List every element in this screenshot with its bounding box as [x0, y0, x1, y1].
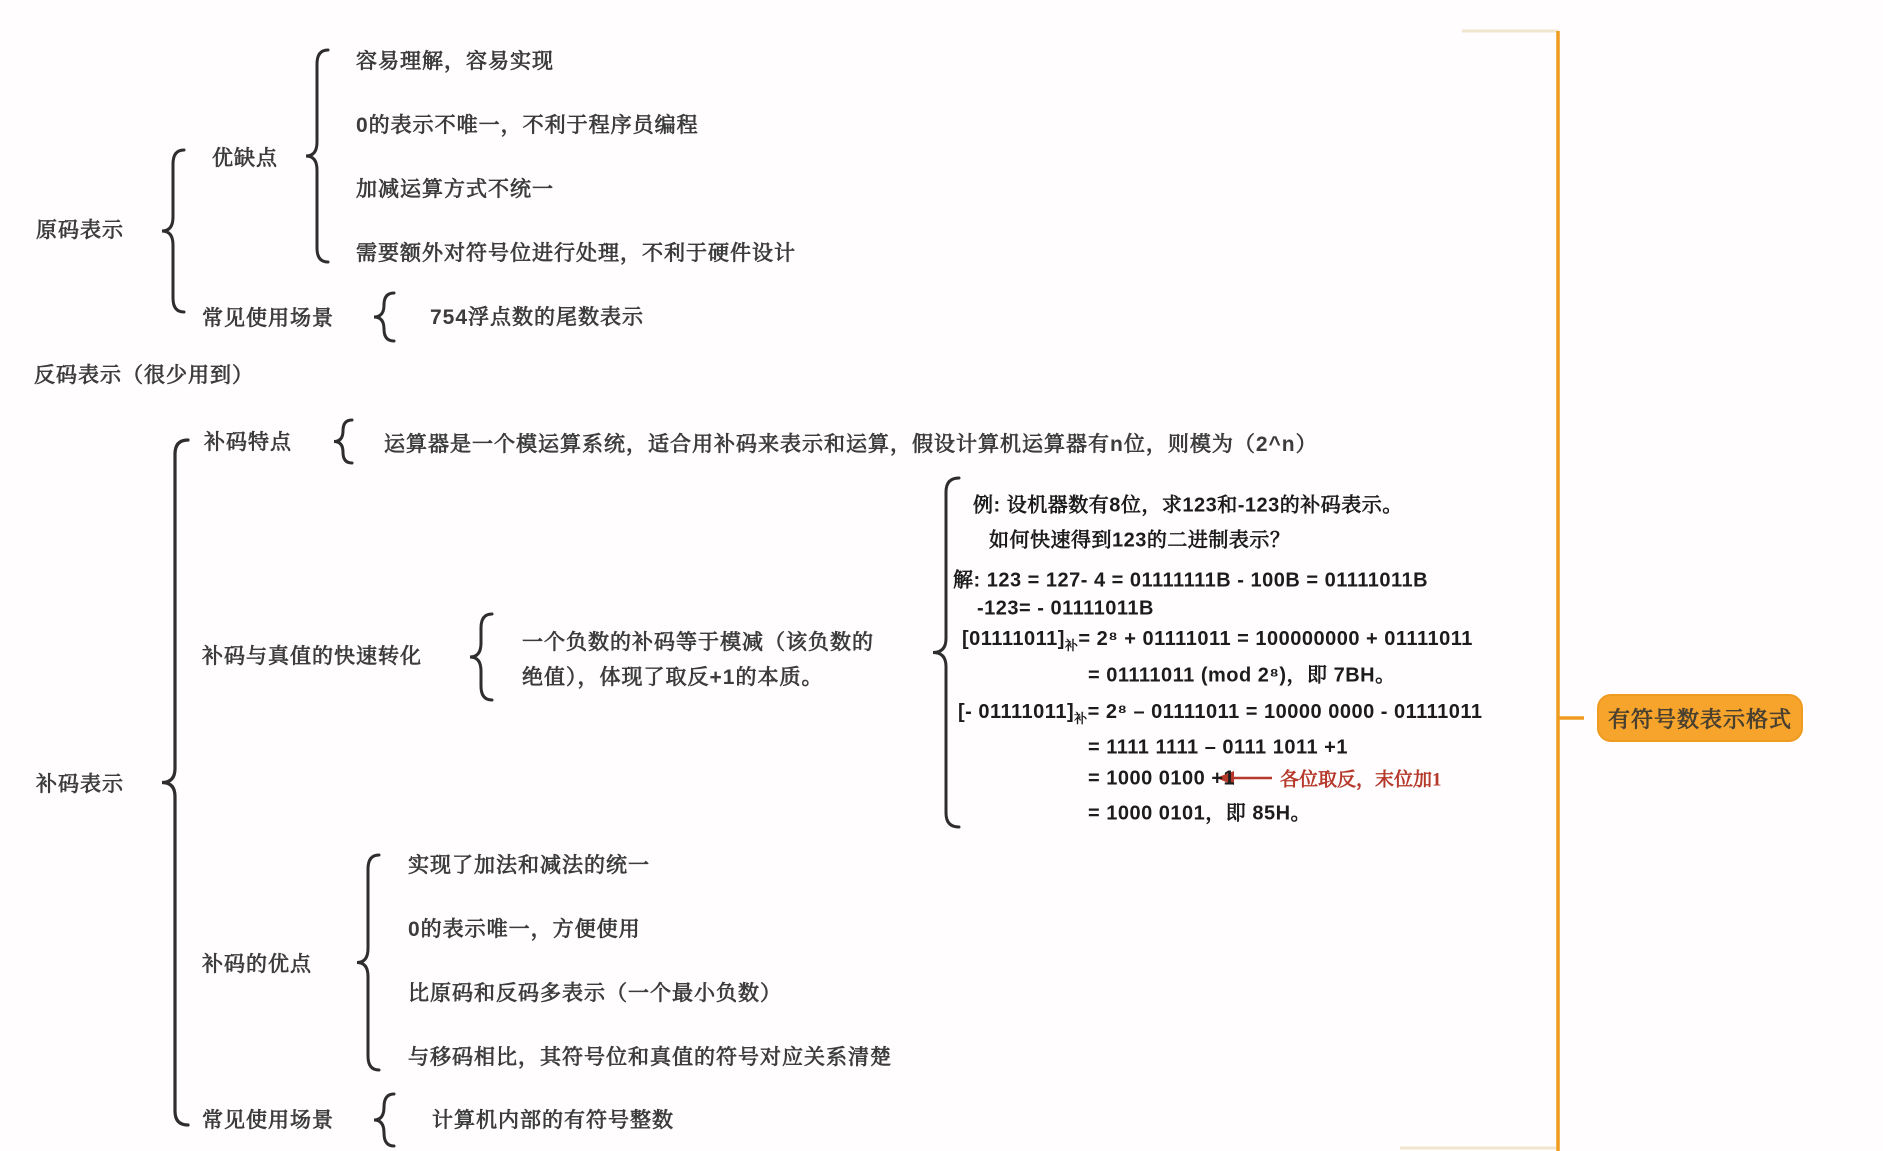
- brace-example: [933, 478, 959, 827]
- root-node-signed-number-format[interactable]: 有符号数表示格式: [1597, 694, 1803, 742]
- example-line: [- 01111011]补= 2⁸ – 01111011 = 10000 000…: [958, 701, 1483, 727]
- node-tedian-label: 补码特点: [204, 426, 292, 456]
- node-youdian-label: 补码的优点: [202, 948, 312, 978]
- example-line: 例: 设机器数有8位，求123和-123的补码表示。: [973, 489, 1403, 518]
- example-line: 如何快速得到123的二进制表示？: [989, 524, 1290, 553]
- brace-changjian1: [374, 293, 394, 341]
- leaf-item: 754浮点数的尾数表示: [430, 301, 644, 331]
- brace-yuanma: [162, 150, 184, 312]
- node-changjian1-label: 常见使用场景: [202, 302, 334, 332]
- brace-youdian: [357, 855, 379, 1070]
- leaf-item: 容易理解，容易实现: [356, 45, 554, 75]
- example-line: 解: 123 = 127- 4 = 01111111B - 100B = 011…: [953, 564, 1428, 593]
- leaf-item: 绝值），体现了取反+1的本质。: [522, 661, 823, 691]
- example-line: = 01111011 (mod 2⁸)，即 7BH。: [1088, 659, 1396, 688]
- brace-buma: [162, 440, 188, 1125]
- node-youquedian-label: 优缺点: [212, 142, 278, 172]
- leaf-item: 与移码相比，其符号位和真值的符号对应关系清楚: [408, 1041, 892, 1071]
- node-changjian2-label: 常见使用场景: [202, 1104, 334, 1134]
- node-fanma-label: 反码表示（很少用到）: [34, 359, 254, 389]
- brace-zhuanhua: [470, 614, 492, 700]
- connector-layer: [0, 0, 1883, 1151]
- leaf-item: 比原码和反码多表示（一个最小负数）: [408, 977, 782, 1007]
- leaf-item: 0的表示不唯一，不利于程序员编程: [356, 109, 699, 139]
- node-buma-label: 补码表示: [36, 768, 124, 798]
- leaf-item: 0的表示唯一，方便使用: [408, 913, 641, 943]
- mindmap-canvas: 原码表示 优缺点 容易理解，容易实现 0的表示不唯一，不利于程序员编程 加减运算…: [0, 0, 1883, 1151]
- node-yuanma-label: 原码表示: [36, 214, 124, 244]
- brace-youquedian: [306, 50, 328, 262]
- example-line: [01111011]补= 2⁸ + 01111011 = 100000000 +…: [962, 628, 1473, 654]
- leaf-item: 一个负数的补码等于模减（该负数的: [522, 626, 874, 656]
- root-node-label: 有符号数表示格式: [1608, 703, 1792, 734]
- node-zhuanhua-label: 补码与真值的快速转化: [202, 640, 422, 670]
- example-line: -123= - 01111011B: [977, 598, 1154, 621]
- example-line: = 1111 1111 – 0111 1011 +1: [1088, 737, 1348, 760]
- example-line: = 1000 0100 +1: [1088, 768, 1235, 791]
- leaf-item: 计算机内部的有符号整数: [432, 1104, 674, 1134]
- leaf-item: 加减运算方式不统一: [356, 173, 554, 203]
- brace-changjian2: [374, 1094, 394, 1146]
- leaf-item: 需要额外对符号位进行处理，不利于硬件设计: [356, 237, 796, 267]
- leaf-item: 实现了加法和减法的统一: [408, 849, 650, 879]
- invert-add-one-note: 各位取反，末位加1: [1280, 765, 1442, 792]
- example-line: = 1000 0101，即 85H。: [1088, 797, 1311, 826]
- brace-tedian: [334, 420, 352, 463]
- leaf-item: 运算器是一个模运算系统，适合用补码来表示和运算，假设计算机运算器有n位，则模为（…: [384, 428, 1318, 458]
